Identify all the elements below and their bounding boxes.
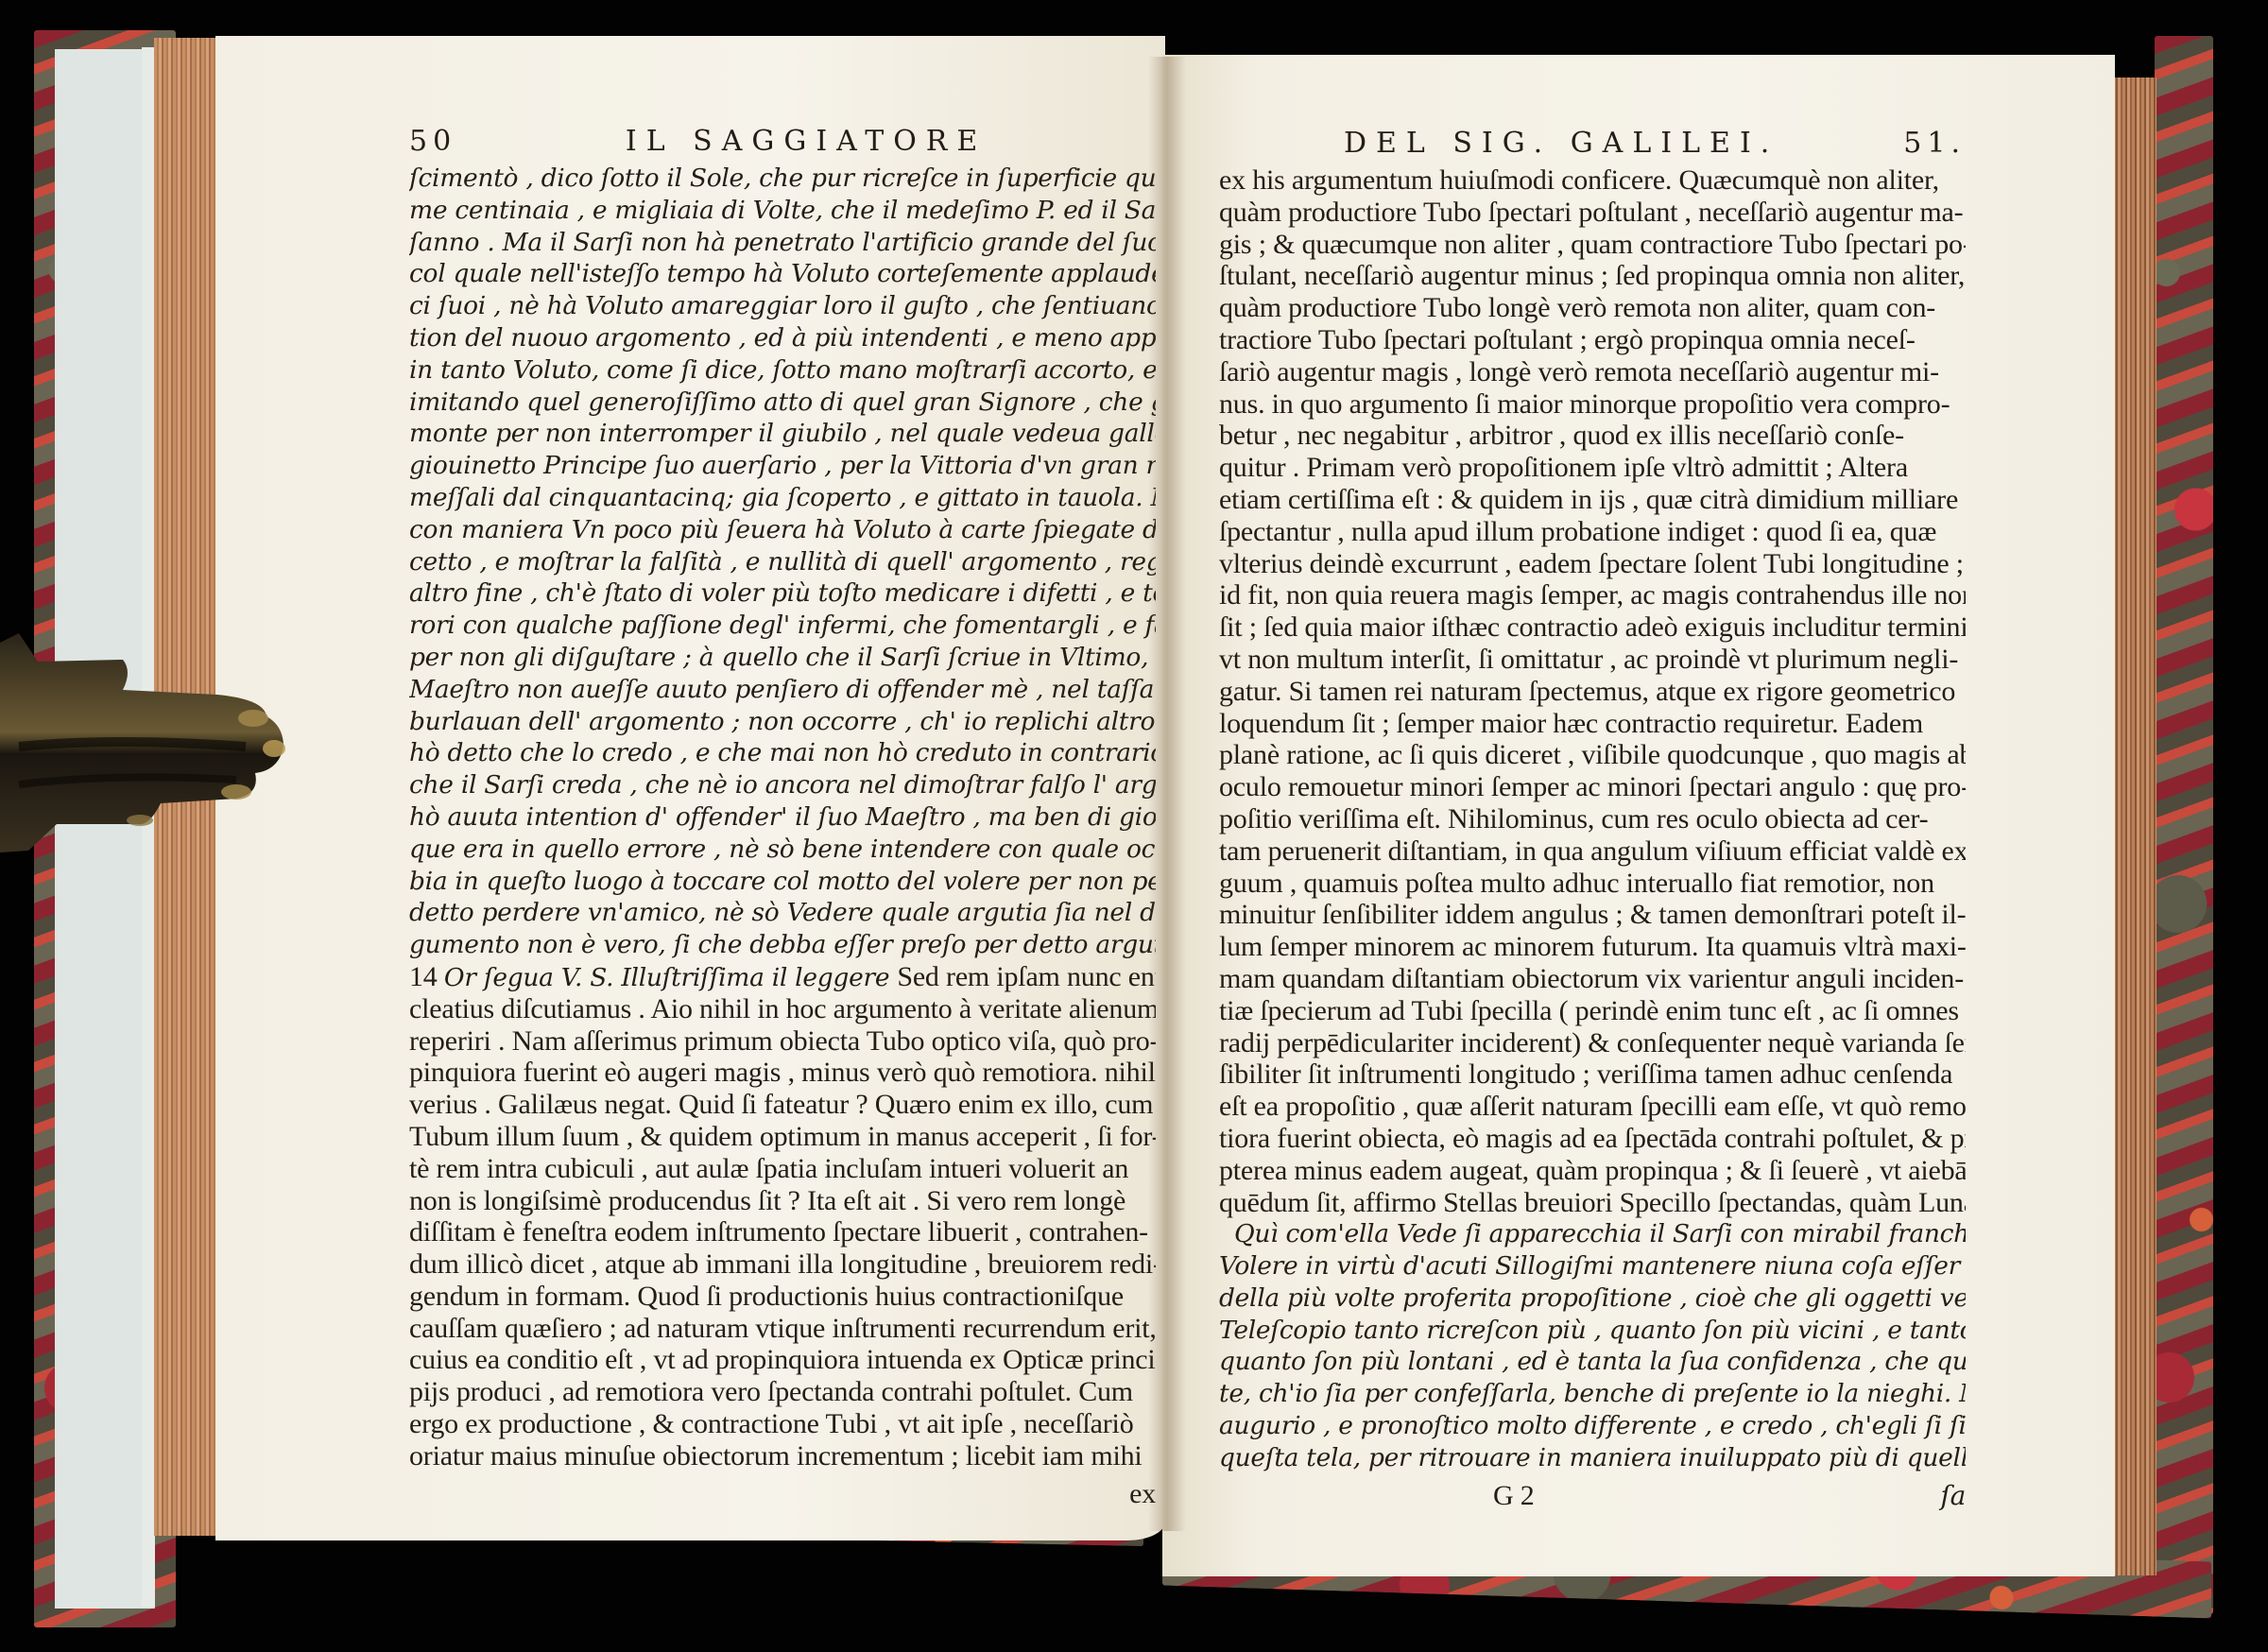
left-page-lines: ſcimentò , dico ſotto il Sole, che pur r… bbox=[409, 163, 1156, 1472]
text-line: oriatur maius minuſue obiectorum increme… bbox=[409, 1440, 1156, 1472]
text-line: monte per non interromper il giubilo , n… bbox=[409, 418, 1156, 450]
text-line: Maeſtro non aueſſe auuto penſiero di off… bbox=[409, 674, 1156, 706]
text-line: Volere in virtù d'acuti Sillogiſmi mante… bbox=[1219, 1250, 1966, 1282]
text-line: altro fine , ch'è ſtato di voler più toſ… bbox=[409, 577, 1156, 610]
text-line: me centinaia , e migliaia di Volte, che … bbox=[409, 195, 1156, 227]
text-line: Quì com'ella Vede ſi apparecchia il Sarſ… bbox=[1219, 1218, 1966, 1250]
text-line: della più volte proferita propoſitione ,… bbox=[1219, 1282, 1966, 1315]
italic-text: Or ſegua V. S. Illuſtriſſima il leggere bbox=[444, 963, 897, 992]
text-line: gendum in formam. Quod ſi productionis h… bbox=[409, 1281, 1156, 1313]
text-line: ſpectantur , nulla apud illum probatione… bbox=[1219, 516, 1966, 548]
paragraph-number: 14 bbox=[409, 961, 444, 992]
text-line: in tanto Voluto, come ſi dice, ſotto man… bbox=[409, 354, 1156, 387]
text-line: ſanno . Ma il Sarſi non hà penetrato l'a… bbox=[409, 227, 1156, 259]
text-line: cuius ea conditio eſt , vt ad propinquio… bbox=[409, 1344, 1156, 1376]
text-line: pterea minus eadem augeat, quàm propinqu… bbox=[1219, 1155, 1966, 1187]
text-line: Tubum illum ſuum , & quidem optimum in m… bbox=[409, 1121, 1156, 1153]
text-line: ſit ; ſed quia maior iſthæc contractio a… bbox=[1219, 611, 1966, 644]
text-line: gumento non è vero, ſi che debba eſſer p… bbox=[409, 929, 1156, 961]
text-line: col quale nell'isteſſo tempo hà Voluto c… bbox=[409, 258, 1156, 290]
text-line: queſta tela, per ritrouare in maniera in… bbox=[1219, 1442, 1966, 1474]
text-line: loquendum ſit ; ſemper maior hæc contrac… bbox=[1219, 708, 1966, 740]
text-line: ſariò augentur magis , longè verò remota… bbox=[1219, 356, 1966, 388]
left-page-text-block: 50 IL SAGGIATORE ſcimentò , dico ſotto i… bbox=[409, 125, 1156, 1510]
text-line: quanto ſon più lontani , ed è tanta la ſ… bbox=[1219, 1346, 1966, 1378]
page-edges-right bbox=[2113, 77, 2156, 1575]
catchword: ſa bbox=[1941, 1480, 1966, 1512]
text-line: meſſali dal cinquantacinq; gia ſcoperto … bbox=[409, 482, 1156, 514]
text-line: oculo remouetur minori ſemper ac minori … bbox=[1219, 771, 1966, 803]
text-line: tè rem intra cubiculi , aut aulæ ſpatia … bbox=[409, 1153, 1156, 1185]
text-line: hò auuta intention d' offender' il ſuo M… bbox=[409, 801, 1156, 834]
right-running-head: DEL SIG. GALILEI. 51. bbox=[1219, 127, 1966, 164]
text-line: reperiri . Nam aſſerimus primum obiecta … bbox=[409, 1025, 1156, 1058]
text-line: burlauan dell' argomento ; non occorre ,… bbox=[409, 706, 1156, 738]
roman-text: Sed rem ipſam nunc enu- bbox=[897, 961, 1156, 992]
text-line: cauſſam quæſiero ; ad naturam vtique inſ… bbox=[409, 1313, 1156, 1345]
text-line: cleatius diſcutiamus . Aio nihil in hoc … bbox=[409, 993, 1156, 1025]
text-line: Teleſcopio tanto ricreſcon più , quanto … bbox=[1219, 1315, 1966, 1347]
text-line: que era in quello errore , nè sò bene in… bbox=[409, 834, 1156, 866]
right-page: DEL SIG. GALILEI. 51. ex his argumentum … bbox=[1162, 55, 2115, 1576]
text-line: pinquiora fuerint eò augeri magis , minu… bbox=[409, 1057, 1156, 1089]
text-line: nus. in quo argumento ſi maior minorque … bbox=[1219, 388, 1966, 421]
text-line: pijs produci , ad remotiora vero ſpectan… bbox=[409, 1376, 1156, 1408]
text-line: rori con qualche paſſione degl' infermi,… bbox=[409, 610, 1156, 642]
book-photograph: 50 IL SAGGIATORE ſcimentò , dico ſotto i… bbox=[0, 0, 2268, 1652]
text-line: che il Sarſi creda , che nè io ancora ne… bbox=[409, 769, 1156, 801]
text-line: etiam certiſſima eſt : & quidem in ijs ,… bbox=[1219, 484, 1966, 516]
left-catch-line: ex bbox=[409, 1478, 1156, 1510]
right-page-lines: ex his argumentum huiuſmodi conficere. Q… bbox=[1219, 164, 1966, 1474]
text-line: te, ch'io ſia per confeſſarla, benche di… bbox=[1219, 1378, 1966, 1410]
text-line: eſt ea propoſitio , quæ aſſerit naturam … bbox=[1219, 1091, 1966, 1123]
text-line: ci ſuoi , nè hà Voluto amareggiar loro i… bbox=[409, 290, 1156, 322]
text-line: radij perpēdiculariter inciderent) & con… bbox=[1219, 1027, 1966, 1059]
text-line: vlterius deindè excurrunt , eadem ſpecta… bbox=[1219, 548, 1966, 580]
text-line: planè ratione, ac ſi quis diceret , viſi… bbox=[1219, 739, 1966, 771]
left-page: 50 IL SAGGIATORE ſcimentò , dico ſotto i… bbox=[215, 36, 1165, 1540]
text-line: tractiore Tubo ſpectari poſtulant ; ergò… bbox=[1219, 324, 1966, 356]
text-line: non is longiſsimè producendus ſit ? Ita … bbox=[409, 1185, 1156, 1217]
signature-mark: G 2 bbox=[1219, 1480, 1535, 1512]
text-line: betur , nec negabitur , arbitror , quod … bbox=[1219, 420, 1966, 452]
text-line: quēdum ſit, affirmo Stellas breuiori Spe… bbox=[1219, 1187, 1966, 1219]
text-line: gis ; & quæcumque non aliter , quam cont… bbox=[1219, 229, 1966, 261]
text-line: augurio , e pronoſtico molto differente … bbox=[1219, 1410, 1966, 1442]
right-catch-line: G 2 ſa bbox=[1219, 1480, 1966, 1512]
text-line: ex his argumentum huiuſmodi conficere. Q… bbox=[1219, 164, 1966, 197]
text-line: lum ſemper minorem ac minorem futurum. I… bbox=[1219, 931, 1966, 963]
text-line: bia in queſto luogo à toccare col motto … bbox=[409, 866, 1156, 898]
text-line: hò detto che lo credo , e che mai non hò… bbox=[409, 737, 1156, 769]
page-number: 51. bbox=[1903, 127, 1966, 160]
text-line: giouinetto Principe ſuo auerſario , per … bbox=[409, 450, 1156, 482]
text-line: quàm productiore Tubo longè verò remota … bbox=[1219, 292, 1966, 324]
text-line: id fit, non quia reuera magis ſemper, ac… bbox=[1219, 579, 1966, 611]
text-line: ſcimentò , dico ſotto il Sole, che pur r… bbox=[409, 163, 1156, 195]
running-head-title: DEL SIG. GALILEI. bbox=[1344, 127, 1778, 160]
text-line: 14 Or ſegua V. S. Illuſtriſſima il legge… bbox=[409, 961, 1156, 993]
text-line: vt non multum interſit, ſi omittatur , a… bbox=[1219, 644, 1966, 676]
page-number: 50 bbox=[409, 125, 456, 158]
text-line: imitando quel generoſiſſimo atto di quel… bbox=[409, 387, 1156, 419]
text-line: cetto , e moſtrar la falſità , e nullità… bbox=[409, 546, 1156, 578]
running-head-title: IL SAGGIATORE bbox=[626, 125, 987, 158]
marbled-board-right bbox=[2155, 36, 2213, 1614]
text-line: mam quandam diſtantiam obiectorum vix va… bbox=[1219, 963, 1966, 995]
text-line: quitur . Primam verò propoſitionem ipſe … bbox=[1219, 452, 1966, 484]
left-running-head: 50 IL SAGGIATORE bbox=[409, 125, 1156, 163]
text-line: detto perdere vn'amico, nè sò Vedere qua… bbox=[409, 897, 1156, 929]
bronze-hand-weight-icon bbox=[0, 605, 293, 860]
text-line: ſibiliter ſit inſtrumenti longitudo ; ve… bbox=[1219, 1058, 1966, 1091]
text-line: tion del nuouo argomento , ed à più inte… bbox=[409, 322, 1156, 354]
text-line: tam peruenerit diſtantiam, in qua angulu… bbox=[1219, 835, 1966, 868]
text-line: ergo ex productione , & contractione Tub… bbox=[409, 1408, 1156, 1440]
text-line: minuitur ſenſibiliter iddem angulus ; & … bbox=[1219, 899, 1966, 931]
text-line: per non gli diſguſtare ; à quello che il… bbox=[409, 642, 1156, 674]
text-line: tiora fuerint obiecta, eò magis ad ea ſp… bbox=[1219, 1123, 1966, 1155]
text-line: dum illicò dicet , atque ab immani illa … bbox=[409, 1248, 1156, 1281]
text-line: verius . Galilæus negat. Quid ſi fateatu… bbox=[409, 1089, 1156, 1121]
text-line: diſſitam è feneſtra eodem inſtrumento ſp… bbox=[409, 1216, 1156, 1248]
text-line: con maniera Vn poco più ſeuera hà Voluto… bbox=[409, 514, 1156, 546]
text-line: poſitio veriſſima eſt. Nihilominus, cum … bbox=[1219, 803, 1966, 835]
text-line: ſtulant, neceſſariò augentur minus ; ſed… bbox=[1219, 260, 1966, 292]
right-page-text-block: DEL SIG. GALILEI. 51. ex his argumentum … bbox=[1219, 127, 1966, 1512]
text-line: guum , quamuis poſtea multo adhuc interu… bbox=[1219, 868, 1966, 900]
text-line: tiæ ſpecierum ad Tubi ſpecilla ( perindè… bbox=[1219, 995, 1966, 1027]
text-line: quàm productiore Tubo ſpectari poſtulant… bbox=[1219, 197, 1966, 229]
text-line: gatur. Si tamen rei naturam ſpectemus, a… bbox=[1219, 676, 1966, 708]
book-gutter-shadow bbox=[1148, 57, 1186, 1531]
